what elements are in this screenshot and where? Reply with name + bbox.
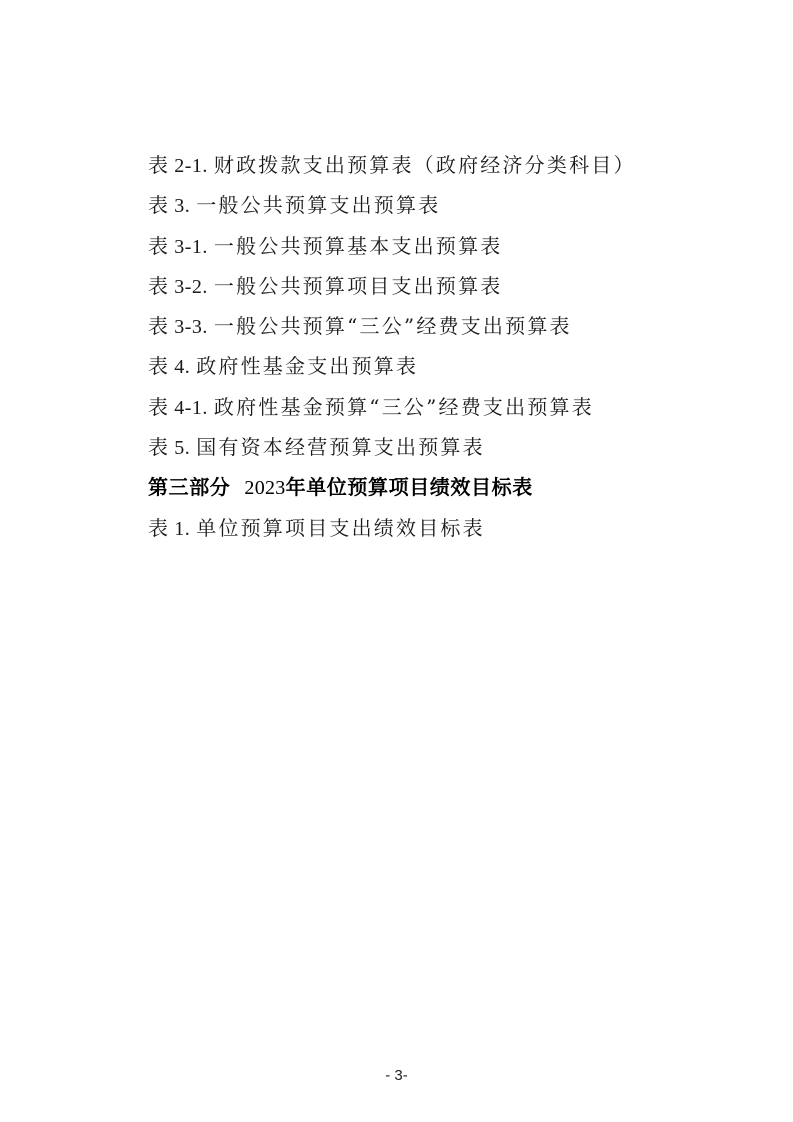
- toc-item: 表3-1.一般公共预算基本支出预算表: [148, 231, 668, 271]
- toc-item: 表3.一般公共预算支出预算表: [148, 190, 668, 230]
- toc-item-prefix: 表: [148, 354, 170, 378]
- toc-item-number: 3.: [174, 195, 190, 217]
- toc-item-prefix: 表: [148, 193, 170, 217]
- toc-item: 表1.单位预算项目支出绩效目标表: [148, 513, 668, 553]
- section-label: 第三部分: [148, 475, 230, 499]
- toc-item-title: 一般公共预算项目支出预算表: [214, 274, 503, 298]
- toc-item-title: 政府性基金支出预算表: [196, 354, 418, 378]
- toc-item-title: 一般公共预算支出预算表: [196, 193, 440, 217]
- toc-item-number: 3-2.: [174, 276, 208, 298]
- toc-item-title: 一般公共预算“三公”经费支出预算表: [214, 314, 572, 338]
- toc-item-title: 国有资本经营预算支出预算表: [196, 435, 485, 459]
- section-year: 2023: [244, 477, 285, 499]
- toc-item-title: 政府性基金预算“三公”经费支出预算表: [214, 395, 594, 419]
- toc-item-prefix: 表: [148, 153, 170, 177]
- toc-item-prefix: 表: [148, 435, 170, 459]
- toc-item-prefix: 表: [148, 395, 170, 419]
- toc-item-prefix: 表: [148, 234, 170, 258]
- toc-item-title: 财政拨款支出预算表（政府经济分类科目）: [214, 153, 636, 177]
- toc-item-number: 4-1.: [174, 397, 208, 419]
- toc-item-prefix: 表: [148, 314, 170, 338]
- toc-item-number: 5.: [174, 437, 190, 459]
- toc-item-number: 3-1.: [174, 236, 208, 258]
- toc-item: 表4-1.政府性基金预算“三公”经费支出预算表: [148, 392, 668, 432]
- toc-item: 表4.政府性基金支出预算表: [148, 351, 668, 391]
- toc-item-prefix: 表: [148, 274, 170, 298]
- toc-item-title: 一般公共预算基本支出预算表: [214, 234, 503, 258]
- toc-item-number: 4.: [174, 356, 190, 378]
- page-number: - 3-: [0, 1067, 793, 1084]
- toc-item: 表3-2.一般公共预算项目支出预算表: [148, 271, 668, 311]
- toc-item: 表3-3.一般公共预算“三公”经费支出预算表: [148, 311, 668, 351]
- toc-item-number: 2-1.: [174, 155, 208, 177]
- section-heading: 第三部分2023年单位预算项目绩效目标表: [148, 472, 668, 512]
- document-page: 表2-1.财政拨款支出预算表（政府经济分类科目） 表3.一般公共预算支出预算表 …: [0, 0, 793, 1122]
- toc-item: 表2-1.财政拨款支出预算表（政府经济分类科目）: [148, 150, 668, 190]
- section-title: 年单位预算项目绩效目标表: [286, 475, 533, 499]
- toc-item-title: 单位预算项目支出绩效目标表: [196, 516, 485, 540]
- toc-item: 表5.国有资本经营预算支出预算表: [148, 432, 668, 472]
- toc-item-number: 1.: [174, 518, 190, 540]
- toc-item-number: 3-3.: [174, 316, 208, 338]
- toc-item-prefix: 表: [148, 516, 170, 540]
- table-of-contents: 表2-1.财政拨款支出预算表（政府经济分类科目） 表3.一般公共预算支出预算表 …: [148, 150, 668, 553]
